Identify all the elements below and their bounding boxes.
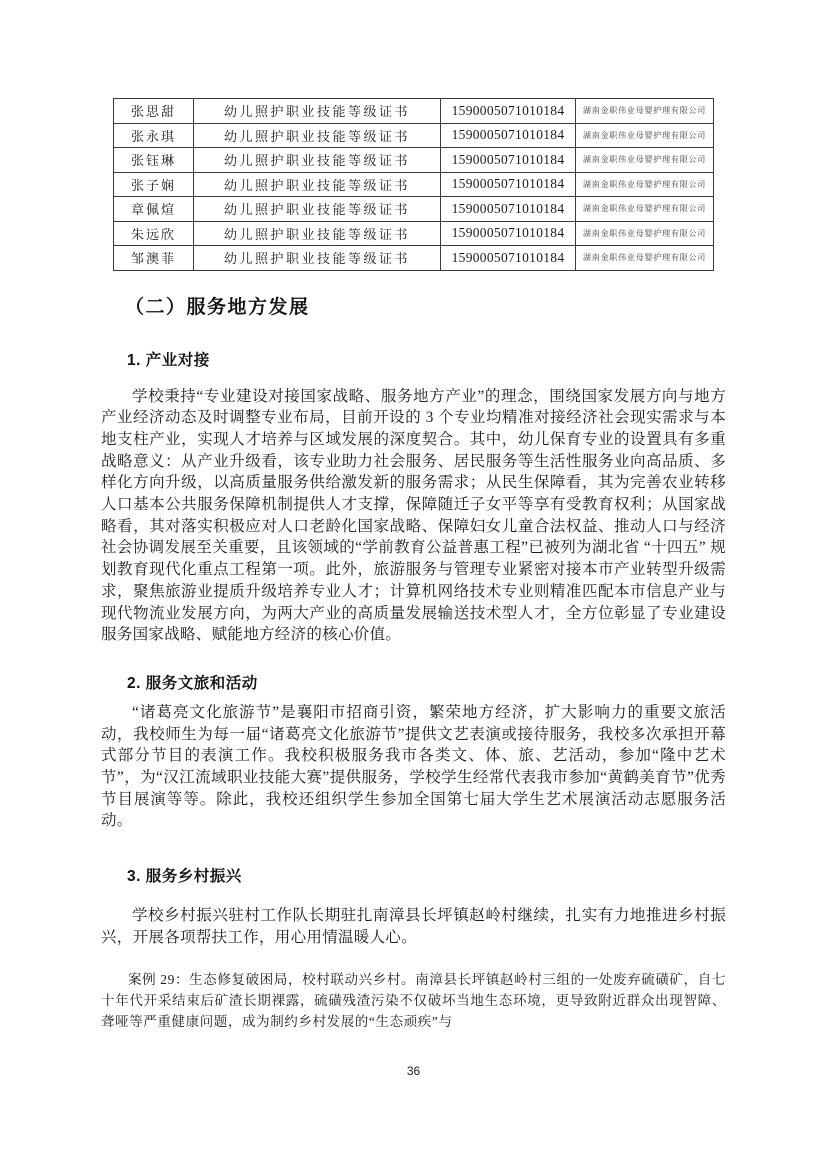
certificate-name: 幼儿照护职业技能等级证书 [194, 221, 441, 246]
table-row: 张思甜 幼儿照护职业技能等级证书 1590005071010184 湖南金职伟业… [114, 99, 714, 124]
student-name: 朱远欣 [114, 221, 194, 246]
certificate-number: 1590005071010184 [441, 197, 576, 222]
student-name: 章佩煊 [114, 197, 194, 222]
certificate-name: 幼儿照护职业技能等级证书 [194, 172, 441, 197]
certificate-name: 幼儿照护职业技能等级证书 [194, 123, 441, 148]
issuing-company: 湖南金职伟业母婴护理有限公司 [576, 221, 714, 246]
certificate-number: 1590005071010184 [441, 148, 576, 173]
table-row: 张钰琳 幼儿照护职业技能等级证书 1590005071010184 湖南金职伟业… [114, 148, 714, 173]
paragraph-culture-tourism: “诸葛亮文化旅游节”是襄阳市招商引资，繁荣地方经济，扩大影响力的重要文旅活动，我… [101, 702, 726, 832]
certificate-name: 幼儿照护职业技能等级证书 [194, 148, 441, 173]
certificate-name: 幼儿照护职业技能等级证书 [194, 99, 441, 124]
table-row: 朱远欣 幼儿照护职业技能等级证书 1590005071010184 湖南金职伟业… [114, 221, 714, 246]
student-name: 邹澳菲 [114, 246, 194, 271]
page-number: 36 [0, 1064, 827, 1078]
certificate-number: 1590005071010184 [441, 99, 576, 124]
issuing-company: 湖南金职伟业母婴护理有限公司 [576, 148, 714, 173]
certificate-number: 1590005071010184 [441, 172, 576, 197]
subsection-title-rural-revitalization: 3. 服务乡村振兴 [127, 866, 726, 888]
section-title: （二）服务地方发展 [125, 295, 726, 321]
student-name: 张永琪 [114, 123, 194, 148]
paragraph-rural-revitalization: 学校乡村振兴驻村工作队长期驻扎南漳县长坪镇赵岭村继续，扎实有力地推进乡村振兴，开… [101, 905, 726, 948]
issuing-company: 湖南金职伟业母婴护理有限公司 [576, 99, 714, 124]
student-name: 张思甜 [114, 99, 194, 124]
issuing-company: 湖南金职伟业母婴护理有限公司 [576, 246, 714, 271]
student-name: 张子娴 [114, 172, 194, 197]
paragraph-industry: 学校秉持“专业建设对接国家战略、服务地方产业”的理念，围绕国家发展方向与地方产业… [101, 386, 726, 646]
certificate-number: 1590005071010184 [441, 246, 576, 271]
table-row: 章佩煊 幼儿照护职业技能等级证书 1590005071010184 湖南金职伟业… [114, 197, 714, 222]
certificate-name: 幼儿照护职业技能等级证书 [194, 197, 441, 222]
paragraph-case-29: 案例 29：生态修复破困局，校村联动兴乡村。南漳县长坪镇赵岭村三组的一处废弃硫磺… [101, 969, 726, 1032]
issuing-company: 湖南金职伟业母婴护理有限公司 [576, 172, 714, 197]
issuing-company: 湖南金职伟业母婴护理有限公司 [576, 197, 714, 222]
document-page: 张思甜 幼儿照护职业技能等级证书 1590005071010184 湖南金职伟业… [101, 98, 726, 1032]
student-name: 张钰琳 [114, 148, 194, 173]
issuing-company: 湖南金职伟业母婴护理有限公司 [576, 123, 714, 148]
certificate-number: 1590005071010184 [441, 221, 576, 246]
certificate-number: 1590005071010184 [441, 123, 576, 148]
table-row: 张永琪 幼儿照护职业技能等级证书 1590005071010184 湖南金职伟业… [114, 123, 714, 148]
table-row: 邹澳菲 幼儿照护职业技能等级证书 1590005071010184 湖南金职伟业… [114, 246, 714, 271]
subsection-title-industry: 1. 产业对接 [127, 350, 726, 372]
table-row: 张子娴 幼儿照护职业技能等级证书 1590005071010184 湖南金职伟业… [114, 172, 714, 197]
certificate-table: 张思甜 幼儿照护职业技能等级证书 1590005071010184 湖南金职伟业… [113, 98, 714, 271]
subsection-title-culture-tourism: 2. 服务文旅和活动 [127, 673, 726, 695]
certificate-name: 幼儿照护职业技能等级证书 [194, 246, 441, 271]
